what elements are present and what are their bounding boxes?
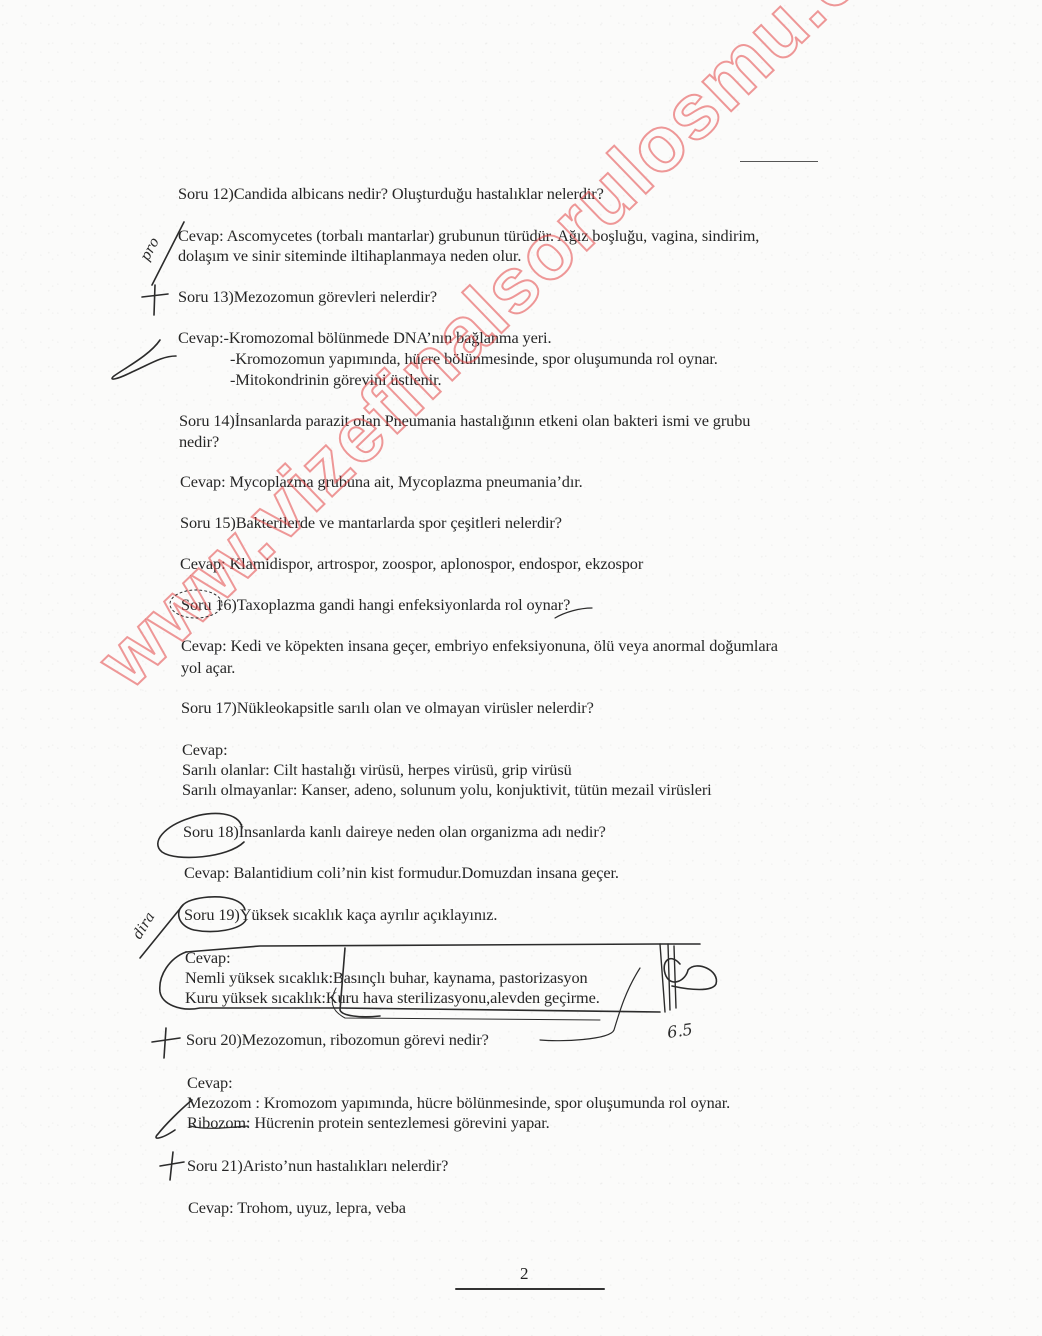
- answer-13-line-3: -Mitokondrinin görevini üstlenir.: [230, 370, 442, 390]
- answer-17-line-3: Sarılı olmayanlar: Kanser, adeno, solunu…: [182, 780, 712, 800]
- answer-19-line-2: Nemli yüksek sıcaklık:Basınçlı buhar, ka…: [185, 968, 588, 988]
- question-18: Soru 18)İnsanlarda kanlı daireye neden o…: [183, 822, 606, 842]
- answer-18: Cevap: Balantidium coli’nin kist formudu…: [184, 863, 619, 883]
- answer-17-line-2: Sarılı olanlar: Cilt hastalığı virüsü, h…: [182, 760, 572, 780]
- page-number-rule: [455, 1288, 605, 1290]
- scanned-page: Soru 12)Candida albicans nedir? Oluşturd…: [0, 0, 1042, 1336]
- answer-12-line-1: Cevap: Ascomycetes (torbalı mantarlar) g…: [178, 226, 759, 246]
- question-14-line-1: Soru 14)İnsanlarda parazit olan Pneumani…: [179, 411, 750, 431]
- answer-20-line-3: Ribozom: Hücrenin protein sentezlemesi g…: [187, 1113, 550, 1133]
- answer-20-line-1: Cevap:: [187, 1073, 233, 1093]
- question-14-line-2: nedir?: [179, 432, 219, 452]
- question-21: Soru 21)Aristo’nun hastalıkları nelerdir…: [187, 1156, 448, 1176]
- answer-20-line-2: Mezozom : Kromozom yapımında, hücre bölü…: [187, 1093, 730, 1113]
- answer-14: Cevap: Mycoplazma grubuna ait, Mycoplazm…: [180, 472, 583, 492]
- answer-15: Cevap: Klamidispor, artrospor, zoospor, …: [180, 554, 643, 574]
- answer-19-line-3: Kuru yüksek sıcaklık:Kuru hava steriliza…: [185, 988, 600, 1008]
- answer-12-line-2: dolaşım ve sinir siteminde iltihaplanmay…: [178, 246, 521, 266]
- answer-17-line-1: Cevap:: [182, 740, 228, 760]
- top-rule-mark: [740, 161, 818, 162]
- answer-19-line-1: Cevap:: [185, 948, 231, 968]
- question-15: Soru 15)Bakterilerde ve mantarlarda spor…: [180, 513, 562, 533]
- page-number: 2: [520, 1264, 529, 1284]
- answer-16-line-2: yol açar.: [181, 658, 235, 678]
- question-16: Soru 16)Taxoplazma gandi hangi enfeksiyo…: [181, 595, 570, 615]
- question-12: Soru 12)Candida albicans nedir? Oluşturd…: [178, 184, 604, 204]
- answer-21: Cevap: Trohom, uyuz, lepra, veba: [188, 1198, 406, 1218]
- question-13: Soru 13)Mezozomun görevleri nelerdir?: [178, 287, 437, 307]
- answer-13-line-2: -Kromozomun yapımında, hücre bölünmesind…: [230, 349, 718, 369]
- answer-13-line-1: Cevap:-Kromozomal bölünmede DNA’nın bağl…: [178, 328, 551, 348]
- question-17: Soru 17)Nükleokapsitle sarılı olan ve ol…: [181, 698, 594, 718]
- answer-16-line-1: Cevap: Kedi ve köpekten insana geçer, em…: [181, 636, 778, 656]
- question-20: Soru 20)Mezozomun, ribozomun görevi nedi…: [186, 1030, 489, 1050]
- question-19: Soru 19)Yüksek sıcaklık kaça ayrılır açı…: [184, 905, 497, 925]
